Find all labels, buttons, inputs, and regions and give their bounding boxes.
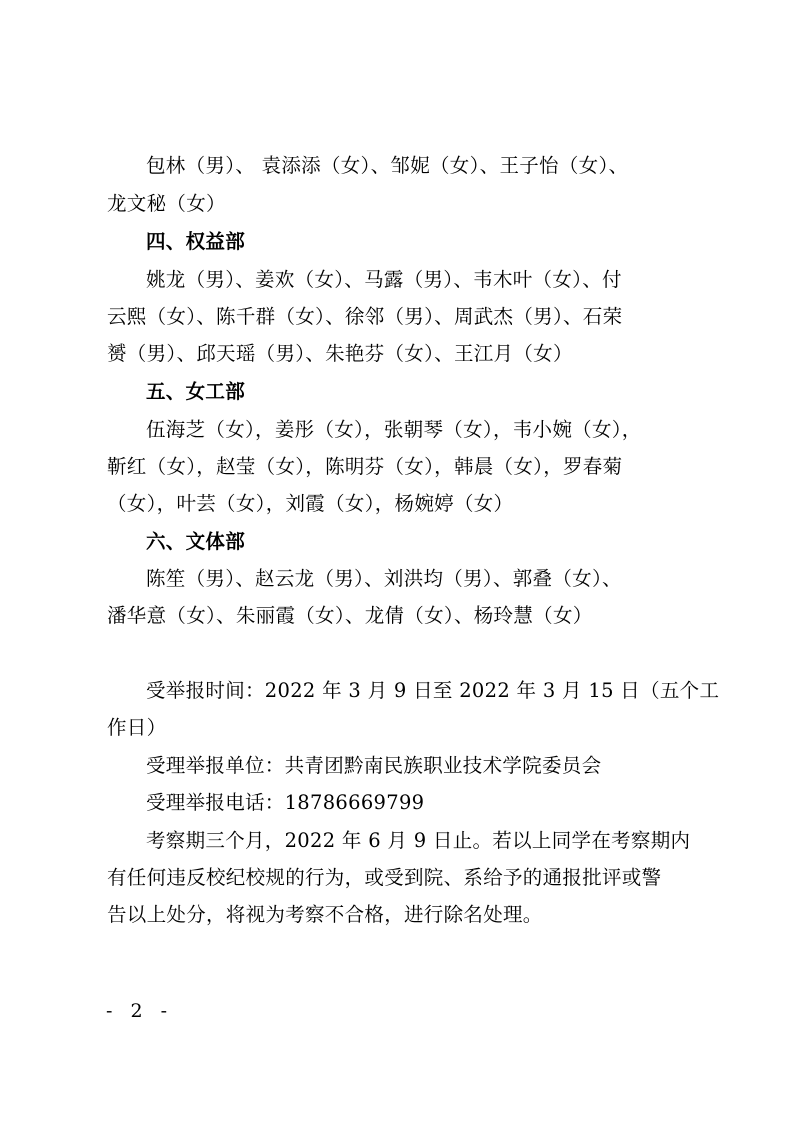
probation-text: 告以上处分，将视为考察不合格，进行除名处理。 xyxy=(107,899,543,927)
report-time-cont: 作日） xyxy=(107,712,166,740)
report-phone: 受理举报电话：18786669799 xyxy=(146,787,424,815)
paragraph-line: 靳红（女），赵莹（女），陈明芬（女），韩晨（女），罗春菊 xyxy=(107,451,622,479)
paragraph-line: 云熙（女）、陈千群（女）、徐邻（男）、周武杰（男）、石荣 xyxy=(107,301,622,329)
report-time: 受举报时间：2022 年 3 月 9 日至 2022 年 3 月 15 日（五个… xyxy=(146,675,719,703)
section-heading-sports: 六、文体部 xyxy=(146,526,245,554)
page-number: - 2 - xyxy=(106,1000,173,1022)
probation-text: 有任何违反校纪校规的行为，或受到院、系给予的通报批评或警 xyxy=(107,862,661,890)
paragraph-line: 姚龙（男）、姜欢（女）、马露（男）、韦木叶（女）、付 xyxy=(146,264,622,292)
paragraph-line: 伍海芝（女），姜彤（女），张朝琴（女），韦小婉（女）， xyxy=(146,414,642,442)
report-unit: 受理举报单位：共青团黔南民族职业技术学院委员会 xyxy=(146,750,601,778)
paragraph-line: （女），叶芸（女），刘霞（女），杨婉婷（女） xyxy=(107,488,513,516)
paragraph-line: 包林（男）、 袁添添（女）、邹妮（女）、王子怡（女）、 xyxy=(146,150,628,178)
section-heading-rights: 四、权益部 xyxy=(146,226,245,254)
paragraph-line: 潘华意（女）、朱丽霞（女）、龙倩（女）、杨玲慧（女） xyxy=(107,600,593,628)
probation-text: 考察期三个月，2022 年 6 月 9 日止。若以上同学在考察期内 xyxy=(146,825,690,853)
section-heading-women: 五、女工部 xyxy=(146,376,245,404)
paragraph-line: 赟（男）、邱天瑶（男）、朱艳芬（女）、王江月（女） xyxy=(107,338,573,366)
paragraph-line: 陈笙（男）、赵云龙（男）、刘洪均（男）、郭叠（女）、 xyxy=(146,563,622,591)
paragraph-line: 龙文秘（女） xyxy=(107,188,226,216)
